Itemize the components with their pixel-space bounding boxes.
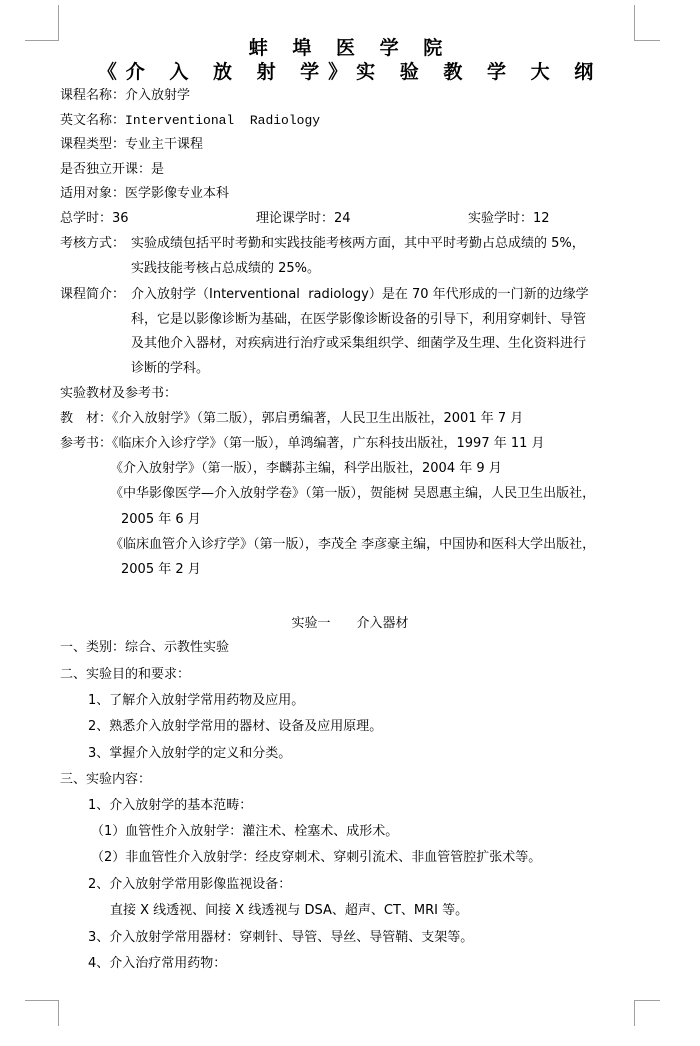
content-item-1b: （2）非血管性介入放射学：经皮穿刺术、穿刺引流术、非血管管腔扩张术等。: [91, 849, 541, 867]
independent-row: 是否独立开课：是: [60, 161, 164, 179]
total-hours-label: 总学时：: [60, 211, 112, 226]
assessment-block: 考核方式： 实验成绩包括平时考勤和实践技能考核两方面，其中平时考勤占总成绩的 5…: [60, 232, 642, 281]
objective-item-2: 2、熟悉介入放射学常用的器材、设备及应用原理。: [88, 718, 382, 736]
corner-mark-bottom-right-h: [634, 1000, 660, 1001]
english-name-label: 英文名称：: [60, 113, 125, 128]
course-type-label: 课程类型：: [60, 137, 125, 152]
textbook-label: 教 材：: [60, 411, 112, 426]
lab-hours-value: 12: [533, 211, 550, 226]
corner-mark-bottom-left-h: [25, 1000, 59, 1001]
intro-label: 课程简介：: [60, 283, 125, 308]
independent-label: 是否独立开课：: [60, 162, 151, 177]
audience-row: 适用对象：医学影像专业本科: [60, 185, 229, 203]
theory-hours: 理论课学时：24: [256, 210, 351, 228]
english-name-row: 英文名称：Interventional Radiology: [60, 112, 320, 130]
document-title: 《介 入 放 射 学》实 验 教 学 大 纲: [0, 57, 700, 84]
reference-row-4: 《临床血管介入诊疗学》（第一版），李茂全 李彦豪主编，中国协和医科大学出版社，: [110, 536, 595, 554]
intro-line-1: 介入放射学（Interventional radiology）是在 70 年代形…: [131, 283, 642, 308]
reference-row-1: 参考书：《临床介入诊疗学》（第一版），单鸿编著，广东科技出版社，1997 年 1…: [60, 435, 545, 453]
reference-item: 《临床介入诊疗学》（第一版），单鸿编著，广东科技出版社，1997 年 11 月: [112, 436, 545, 451]
reference-row-2: 《介入放射学》（第一版），李麟荪主编，科学出版社，2004 年 9 月: [110, 460, 502, 478]
content-item-1: 1、介入放射学的基本范畴：: [88, 797, 252, 815]
independent-value: 是: [151, 162, 164, 177]
lab-hours-label: 实验学时：: [468, 211, 533, 226]
theory-hours-value: 24: [334, 211, 351, 226]
objectives-heading: 二、实验目的和要求：: [60, 666, 190, 684]
content-item-3: 3、介入放射学常用器材：穿刺针、导管、导丝、导管鞘、支架等。: [88, 929, 473, 947]
content-item-2: 2、介入放射学常用影像监视设备：: [88, 876, 291, 894]
objective-item-1: 1、了解介入放射学常用药物及应用。: [88, 692, 304, 710]
course-name-value: 介入放射学: [125, 88, 190, 103]
corner-mark-bottom-right-v: [634, 1000, 635, 1026]
lab-hours: 实验学时：12: [468, 210, 550, 228]
textbook-row: 教 材：《介入放射学》（第二版），郭启勇编著，人民卫生出版社，2001 年 7 …: [60, 410, 523, 428]
course-type-value: 专业主干课程: [125, 137, 203, 152]
course-type-row: 课程类型：专业主干课程: [60, 136, 203, 154]
textbook-value: 《介入放射学》（第二版），郭启勇编著，人民卫生出版社，2001 年 7 月: [112, 411, 523, 426]
audience-value: 医学影像专业本科: [125, 186, 229, 201]
experiment-title: 实验一 介入器材: [0, 612, 700, 631]
content-item-4: 4、介入治疗常用药物：: [88, 955, 226, 973]
english-name-value: Interventional Radiology: [125, 113, 320, 128]
intro-line-2: 科，它是以影像诊断为基础，在医学影像诊断设备的引导下，利用穿刺针、导管: [131, 308, 642, 333]
audience-label: 适用对象：: [60, 186, 125, 201]
course-name-row: 课程名称：介入放射学: [60, 87, 190, 105]
total-hours-value: 36: [112, 211, 129, 226]
objective-item-3: 3、掌握介入放射学的定义和分类。: [88, 745, 291, 763]
assessment-line-1: 实验成绩包括平时考勤和实践技能考核两方面，其中平时考勤占总成绩的 5%，: [131, 232, 642, 257]
institution-title: 蚌 埠 医 学 院: [0, 33, 700, 60]
reference-row-3-cont: 2005 年 6 月: [121, 511, 201, 529]
hours-row: 总学时：36 理论课学时：24 实验学时：12: [60, 210, 640, 228]
course-name-label: 课程名称：: [60, 88, 125, 103]
references-heading: 实验教材及参考书：: [60, 385, 177, 403]
intro-block: 课程简介： 介入放射学（Interventional radiology）是在 …: [60, 283, 642, 381]
intro-line-3: 及其他介入器材，对疾病进行治疗或采集组织学、细菌学及生理、生化资料进行: [131, 332, 642, 357]
content-item-2-detail: 直接 X 线透视、间接 X 线透视与 DSA、超声、CT、MRI 等。: [110, 902, 468, 920]
reference-row-4-cont: 2005 年 2 月: [121, 561, 201, 579]
assessment-line-2: 实践技能考核占总成绩的 25%。: [131, 257, 642, 282]
reference-row-3: 《中华影像医学—介入放射学卷》（第一版），贺能树 吴恩惠主编，人民卫生出版社，: [110, 485, 595, 503]
experiment-category: 一、类别：综合、示教性实验: [60, 639, 229, 657]
theory-hours-label: 理论课学时：: [256, 211, 334, 226]
assessment-label: 考核方式：: [60, 232, 125, 257]
reference-label: 参考书：: [60, 436, 112, 451]
intro-line-4: 诊断的学科。: [131, 357, 642, 382]
content-heading: 三、实验内容：: [60, 771, 151, 789]
total-hours: 总学时：36: [60, 211, 129, 226]
corner-mark-bottom-left-v: [58, 1000, 59, 1026]
content-item-1a: （1）血管性介入放射学：灌注术、栓塞术、成形术。: [91, 823, 398, 841]
